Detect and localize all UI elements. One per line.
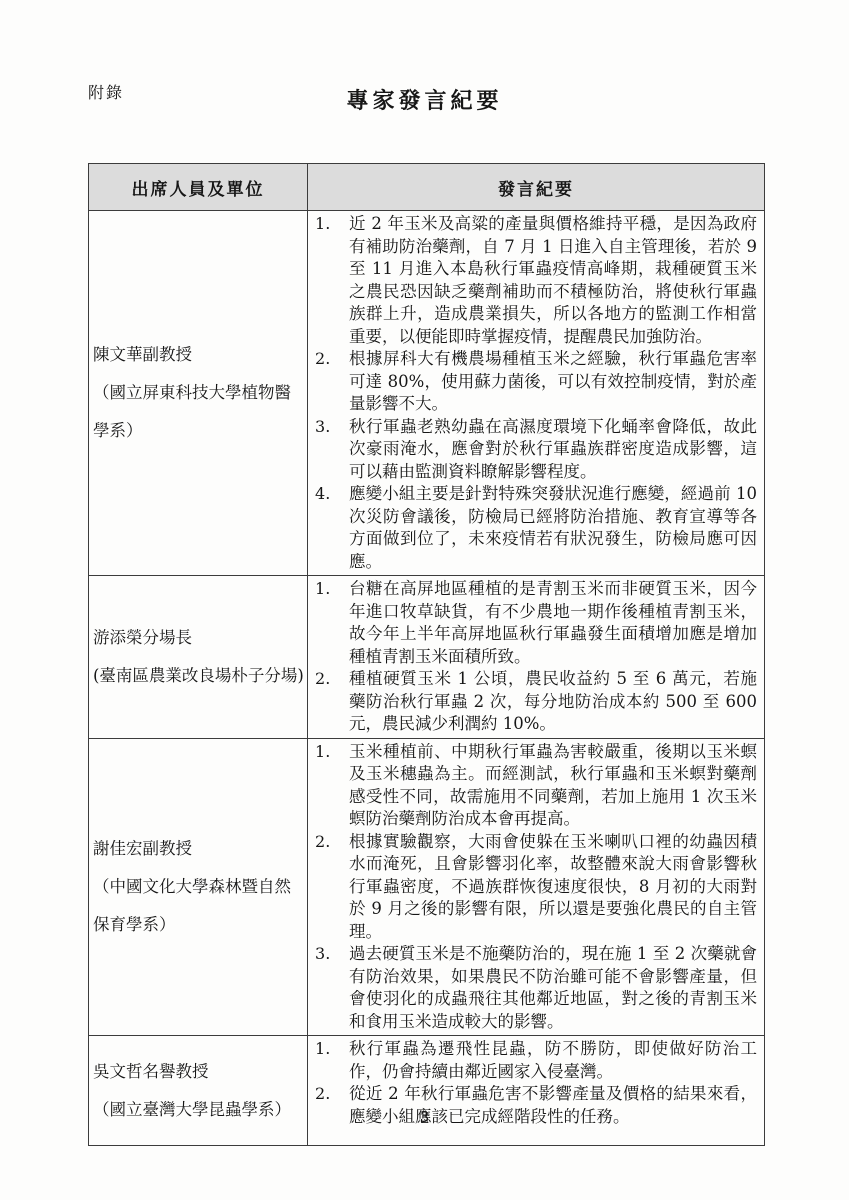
table-row: 游添榮分場長 (臺南區農業改良場朴子分場) 台糖在高屏地區種植的是青割玉米而非硬… — [89, 576, 765, 739]
statements-cell: 玉米種植前、中期秋行軍蟲為害較嚴重，後期以玉米螟及玉米穗蟲為主。而經測試，秋行軍… — [308, 738, 765, 1036]
statement-item: 玉米種植前、中期秋行軍蟲為害較嚴重，後期以玉米螟及玉米穗蟲為主。而經測試，秋行軍… — [308, 741, 764, 831]
table-row: 陳文華副教授 （國立屏東科技大學植物醫學系） 近 2 年玉米及高粱的產量與價格維… — [89, 211, 765, 576]
statements-list: 玉米種植前、中期秋行軍蟲為害較嚴重，後期以玉米螟及玉米穗蟲為主。而經測試，秋行軍… — [308, 741, 764, 1034]
statement-item: 根據屏科大有機農場種植玉米之經驗，秋行軍蟲危害率可達 80%，使用蘇力菌後，可以… — [308, 348, 764, 416]
statements-list: 近 2 年玉米及高粱的產量與價格維持平穩，是因為政府有補助防治藥劑，自 7 月 … — [308, 213, 764, 573]
attendee-unit: （中國文化大學森林暨自然保育學系） — [93, 868, 305, 944]
statement-item: 台糖在高屏地區種植的是青割玉米而非硬質玉米，因今年進口牧草缺貨，有不少農地一期作… — [308, 578, 764, 668]
page-title: 專家發言紀要 — [0, 84, 849, 115]
statements-cell: 近 2 年玉米及高粱的產量與價格維持平穩，是因為政府有補助防治藥劑，自 7 月 … — [308, 211, 765, 576]
attendee-cell: 游添榮分場長 (臺南區農業改良場朴子分場) — [89, 576, 308, 739]
attendee-name: 謝佳宏副教授 — [93, 830, 305, 868]
attendee-name: 陳文華副教授 — [93, 336, 305, 374]
attendee-cell: 陳文華副教授 （國立屏東科技大學植物醫學系） — [89, 211, 308, 576]
minutes-table: 出席人員及單位 發言紀要 陳文華副教授 （國立屏東科技大學植物醫學系） 近 2 … — [88, 163, 765, 1146]
statements-list: 台糖在高屏地區種植的是青割玉米而非硬質玉米，因今年進口牧草缺貨，有不少農地一期作… — [308, 578, 764, 736]
statement-item: 秋行軍蟲老熟幼蟲在高濕度環境下化蛹率會降低，故此次豪雨淹水，應會對於秋行軍蟲族群… — [308, 416, 764, 484]
attendee-cell: 吳文哲名譽教授 （國立臺灣大學昆蟲學系） — [89, 1036, 308, 1146]
attendee-name: 吳文哲名譽教授 — [93, 1053, 305, 1091]
attendee-unit: （國立屏東科技大學植物醫學系） — [93, 374, 305, 450]
column-header-attendees: 出席人員及單位 — [89, 164, 308, 211]
table-row: 謝佳宏副教授 （中國文化大學森林暨自然保育學系） 玉米種植前、中期秋行軍蟲為害較… — [89, 738, 765, 1036]
statement-item: 應變小組主要是針對特殊突發狀況進行應變，經過前 10 次災防會議後，防檢局已經將… — [308, 483, 764, 573]
statement-item: 種植硬質玉米 1 公頃，農民收益約 5 至 6 萬元，若施藥防治秋行軍蟲 2 次… — [308, 668, 764, 736]
table-row: 吳文哲名譽教授 （國立臺灣大學昆蟲學系） 秋行軍蟲為遷飛性昆蟲，防不勝防，即使做… — [89, 1036, 765, 1146]
page-number: 3 — [0, 1108, 849, 1126]
attendee-cell: 謝佳宏副教授 （中國文化大學森林暨自然保育學系） — [89, 738, 308, 1036]
statement-item: 過去硬質玉米是不施藥防治的，現在施 1 至 2 次藥就會有防治效果，如果農民不防… — [308, 943, 764, 1033]
statement-item: 近 2 年玉米及高粱的產量與價格維持平穩，是因為政府有補助防治藥劑，自 7 月 … — [308, 213, 764, 348]
statement-item: 秋行軍蟲為遷飛性昆蟲，防不勝防，即使做好防治工作，仍會持續由鄰近國家入侵臺灣。 — [308, 1038, 764, 1083]
attendee-unit: (臺南區農業改良場朴子分場) — [93, 657, 305, 695]
column-header-statements: 發言紀要 — [308, 164, 765, 211]
statement-item: 根據實驗觀察，大雨會使躲在玉米喇叭口裡的幼蟲因積水而淹死，且會影響羽化率，故整體… — [308, 831, 764, 944]
document-page: 附錄 專家發言紀要 出席人員及單位 發言紀要 陳文華副教授 （國立屏東科技大學植… — [0, 0, 849, 1200]
statements-cell: 台糖在高屏地區種植的是青割玉米而非硬質玉米，因今年進口牧草缺貨，有不少農地一期作… — [308, 576, 765, 739]
attendee-name: 游添榮分場長 — [93, 619, 305, 657]
statements-cell: 秋行軍蟲為遷飛性昆蟲，防不勝防，即使做好防治工作，仍會持續由鄰近國家入侵臺灣。 … — [308, 1036, 765, 1146]
table-header-row: 出席人員及單位 發言紀要 — [89, 164, 765, 211]
